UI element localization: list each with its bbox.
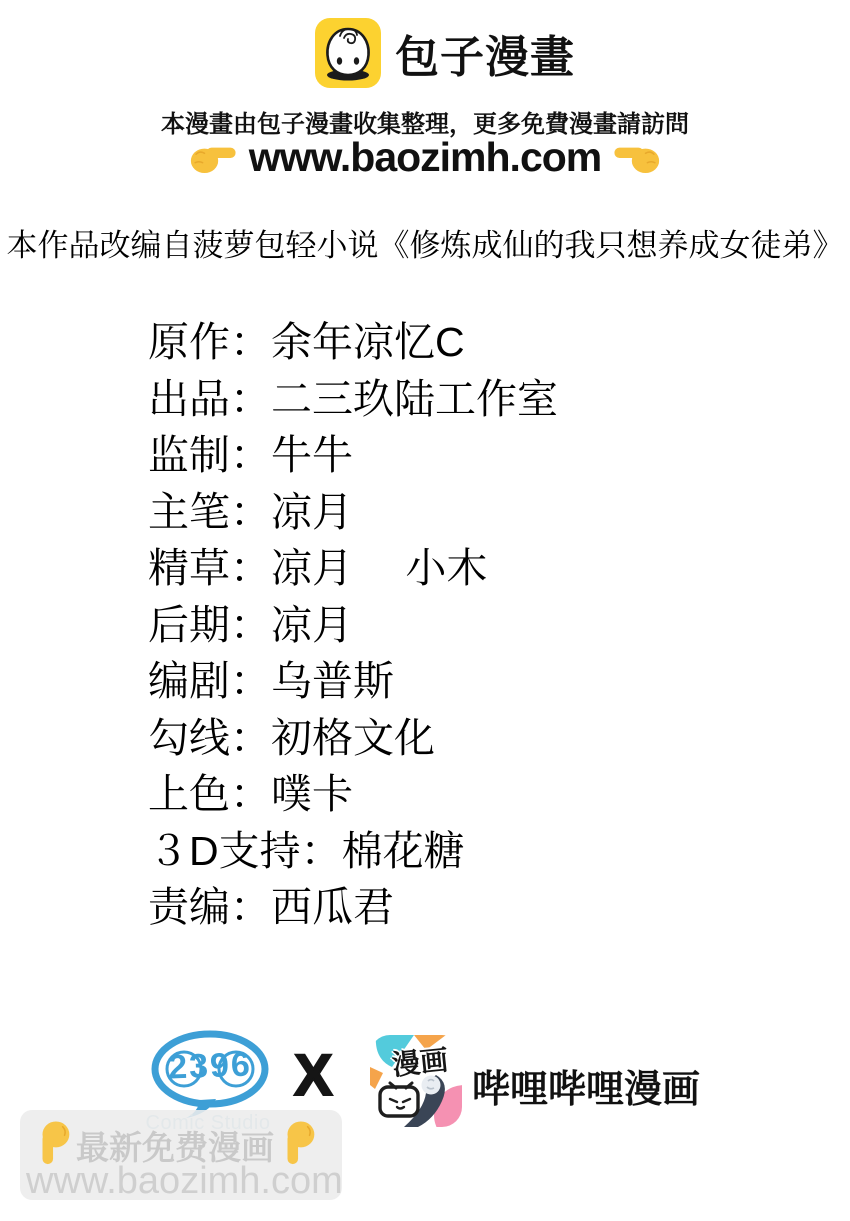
- studio-2396-logo: 2396: [150, 1030, 270, 1120]
- site-url-link[interactable]: www.baozimh.com: [249, 134, 602, 181]
- credit-row-draft: 精草：凉月 小木: [148, 540, 558, 597]
- credit-row-producer: 出品：二三玖陆工作室: [148, 371, 558, 428]
- studio-number: 2396: [149, 1045, 270, 1088]
- bilibili-manga-label: 哔哩哔哩漫画: [472, 1058, 700, 1113]
- credit-name: 初格文化: [271, 715, 435, 761]
- credit-role: 上色：: [148, 771, 271, 817]
- watermark-url: www.baozimh.com: [26, 1160, 343, 1203]
- point-right-icon: [190, 142, 236, 174]
- brand-header: 包子漫畫: [20, 18, 850, 88]
- site-url-row: www.baozimh.com: [0, 134, 850, 181]
- credit-row-coloring: 上色：噗卡: [148, 766, 558, 823]
- credit-role: 后期：: [148, 602, 271, 648]
- credit-row-editor: 责编：西瓜君: [148, 879, 558, 936]
- credit-name: 牛牛: [271, 432, 353, 478]
- adaptation-notice: 本作品改编自菠萝包轻小说《修炼成仙的我只想养成女徒弟》: [0, 220, 850, 265]
- credit-row-post-production: 后期：凉月: [148, 597, 558, 654]
- credit-role: ３D支持：: [148, 828, 342, 874]
- credit-name: 西瓜君: [271, 884, 394, 930]
- baozi-bun-logo-icon: [315, 18, 381, 88]
- credit-name: 凉月: [271, 602, 353, 648]
- credits-list: 原作：余年凉忆C 出品：二三玖陆工作室 监制：牛牛 主笔：凉月 精草：凉月 小木…: [148, 314, 558, 936]
- credit-role: 监制：: [148, 432, 271, 478]
- credit-role: 责编：: [148, 884, 271, 930]
- comic-credits-page: 包子漫畫 本漫畫由包子漫畫收集整理，更多免費漫畫請訪問 www.baozimh.…: [0, 0, 850, 1221]
- credit-name: 棉花糖: [342, 828, 465, 874]
- collab-x-mark: X: [294, 1042, 333, 1109]
- credit-role: 编剧：: [148, 658, 271, 704]
- credit-role: 勾线：: [148, 715, 271, 761]
- credit-row-original-author: 原作：余年凉忆C: [148, 314, 558, 371]
- brand-name: 包子漫畫: [395, 21, 575, 85]
- credit-name: 乌普斯: [271, 658, 394, 704]
- credit-name: 凉月: [271, 489, 353, 535]
- point-left-icon: [614, 142, 660, 174]
- credit-row-inking: 勾线：初格文化: [148, 710, 558, 767]
- credit-role: 精草：: [148, 545, 271, 591]
- credit-name: 余年凉忆C: [271, 319, 465, 365]
- credit-role: 原作：: [148, 319, 271, 365]
- credit-role: 出品：: [148, 376, 271, 422]
- credit-name: 噗卡: [271, 771, 353, 817]
- credit-row-supervisor: 监制：牛牛: [148, 427, 558, 484]
- credit-role: 主笔：: [148, 489, 271, 535]
- credit-row-3d-support: ３D支持：棉花糖: [148, 823, 558, 880]
- credit-name: 二三玖陆工作室: [271, 376, 558, 422]
- credit-row-screenwriter: 编剧：乌普斯: [148, 653, 558, 710]
- credit-name: 凉月 小木: [271, 545, 487, 591]
- bilibili-icon-manga-text: 漫画: [390, 1038, 450, 1084]
- credit-row-lead-artist: 主笔：凉月: [148, 484, 558, 541]
